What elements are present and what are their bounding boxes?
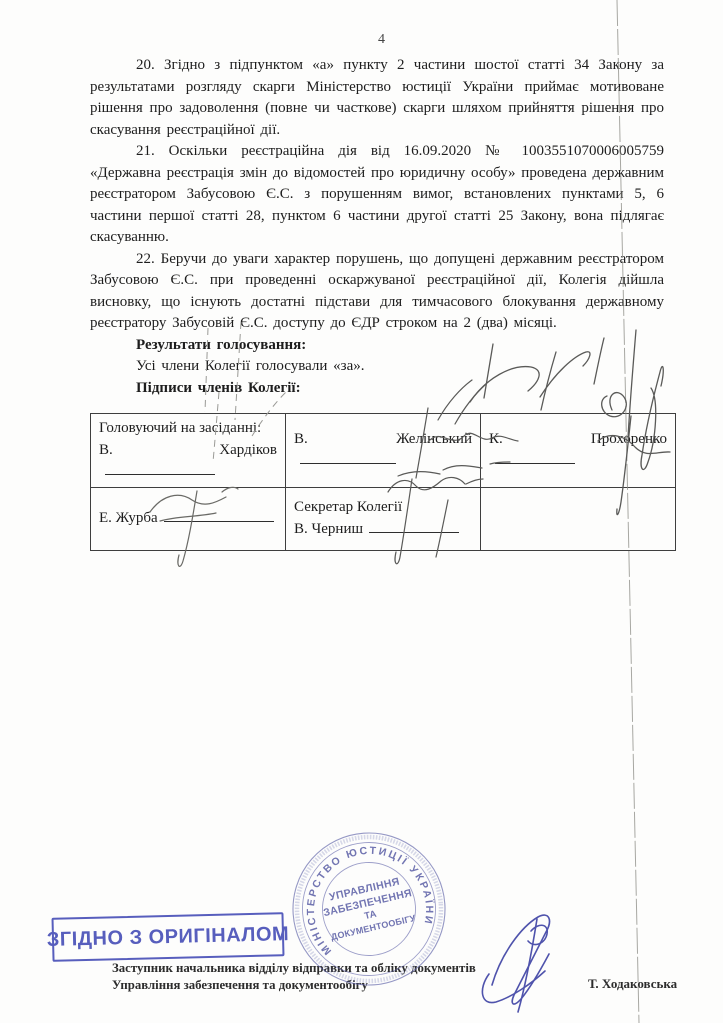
voting-result-text: Усі члени Колегії голосували «за». <box>90 356 664 378</box>
member-name: В. Хардіков <box>99 442 277 458</box>
chair-role-label: Головуючий на засіданні: <box>99 418 277 440</box>
secretary-role-label: Секретар Колегії <box>294 497 472 519</box>
signatures-table: Головуючий на засіданні: В. Хардіков В. … <box>90 413 676 551</box>
page-number: 4 <box>378 32 385 48</box>
member-name: К. Прохоренко <box>489 431 667 447</box>
table-row: Головуючий на засіданні: В. Хардіков В. … <box>91 414 676 488</box>
ministry-round-stamp: МІНІСТЕРСТВО ЮСТИЦІЇ УКРАЇНИ УПРАВЛІННЯ … <box>283 823 456 996</box>
voting-results-heading: Результати голосування: <box>90 335 664 357</box>
signature-line <box>164 519 274 522</box>
signature-line <box>105 472 215 475</box>
cell-chernysh: Секретар Колегії В. Черниш <box>286 487 481 550</box>
signatures-heading: Підписи членів Колегії: <box>90 378 664 400</box>
stamp-line-3: ТА <box>363 909 377 922</box>
member-name: В. Желінський <box>294 431 472 447</box>
document-body: 20. Згідно з підпунктом «а» пункту 2 час… <box>90 55 664 551</box>
cell-empty <box>481 487 676 550</box>
cell-khardikov: Головуючий на засіданні: В. Хардіков <box>91 414 286 488</box>
signature-line <box>300 461 396 464</box>
cell-prokhorenko: К. Прохоренко <box>481 414 676 488</box>
member-name: Е. Журба <box>99 510 158 526</box>
certified-copy-stamp: ЗГІДНО З ОРИГІНАЛОМ <box>51 912 284 962</box>
signature-line <box>495 461 575 464</box>
paragraph-20: 20. Згідно з підпунктом «а» пункту 2 час… <box>90 55 664 141</box>
footer-signer-name: Т. Ходаковська <box>588 976 677 992</box>
document-page: 4 20. Згідно з підпунктом «а» пункту 2 ч… <box>0 0 723 1023</box>
paragraph-22: 22. Беручи до уваги характер порушень, щ… <box>90 249 664 335</box>
round-stamp-graphic: МІНІСТЕРСТВО ЮСТИЦІЇ УКРАЇНИ УПРАВЛІННЯ … <box>283 823 456 996</box>
member-name: В. Черниш <box>294 521 363 537</box>
cell-zhurba: Е. Журба <box>91 487 286 550</box>
paragraph-21: 21. Оскільки реєстраційна дія від 16.09.… <box>90 141 664 249</box>
certified-copy-stamp-text: ЗГІДНО З ОРИГІНАЛОМ <box>47 923 290 952</box>
signature-line <box>369 530 459 533</box>
table-row: Е. Журба Секретар Колегії В. Черниш <box>91 487 676 550</box>
cell-zhelinsky: В. Желінський <box>286 414 481 488</box>
signature-khodakovska <box>482 915 549 1012</box>
